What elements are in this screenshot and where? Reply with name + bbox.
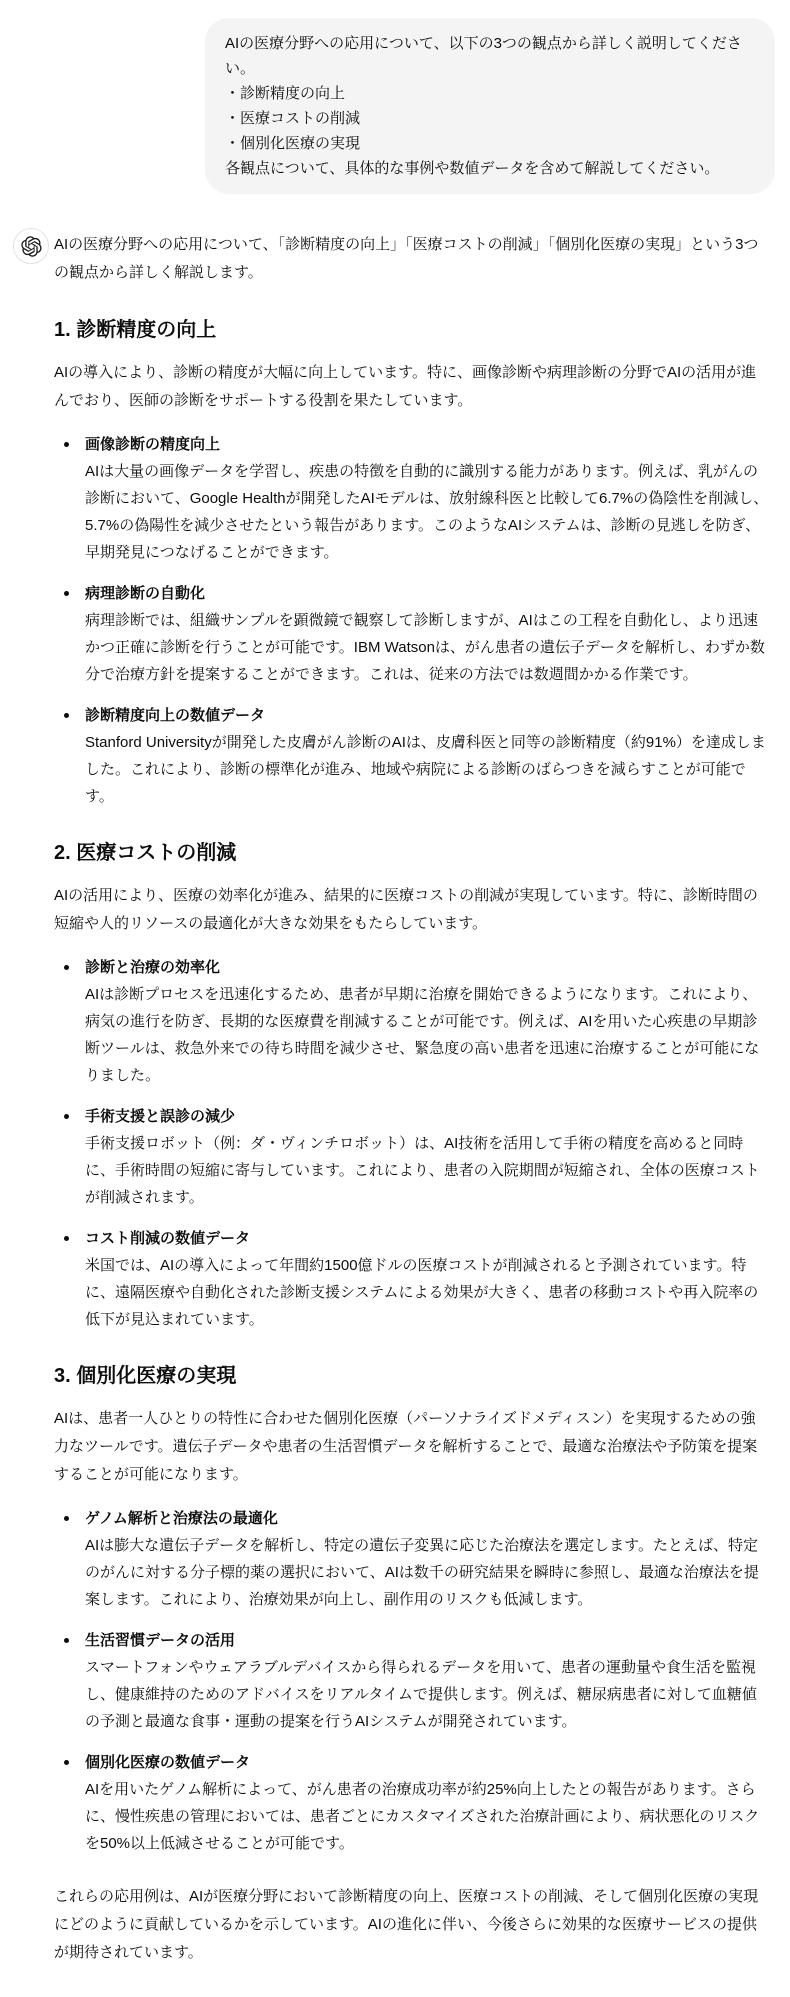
bullet-item: 手術支援と誤診の減少 手術支援ロボット（例：ダ・ヴィンチロボット）は、AI技術を…: [54, 1103, 770, 1211]
assistant-message-content: AIの医療分野への応用について、「診断精度の向上」「医療コストの削減」「個別化医…: [54, 228, 770, 1967]
bullet-title: ゲノム解析と治療法の最適化: [85, 1505, 770, 1532]
bullet-item: コスト削減の数値データ 米国では、AIの導入によって年間約1500億ドルの医療コ…: [54, 1225, 770, 1333]
bullet-item: 個別化医療の数値データ AIを用いたゲノム解析によって、がん患者の治療成功率が約…: [54, 1749, 770, 1857]
section-bullet-list: 診断と治療の効率化 AIは診断プロセスを迅速化するため、患者が早期に治療を開始で…: [54, 954, 770, 1333]
section-bullet-list: 画像診断の精度向上 AIは大量の画像データを学習し、疾患の特徴を自動的に識別する…: [54, 431, 770, 810]
section-intro: AIは、患者一人ひとりの特性に合わせた個別化医療（パーソナライズドメディスン）を…: [54, 1405, 770, 1489]
bullet-body: 米国では、AIの導入によって年間約1500億ドルの医療コストが削減されると予測さ…: [85, 1252, 770, 1333]
bullet-item: 病理診断の自動化 病理診断では、組織サンプルを顕微鏡で観察して診断しますが、AI…: [54, 580, 770, 688]
section-heading-diagnostic-accuracy: 1. 診断精度の向上: [54, 317, 770, 343]
section-intro: AIの活用により、医療の効率化が進み、結果的に医療コストの削減が実現しています。…: [54, 882, 770, 938]
bullet-title: 診断と治療の効率化: [85, 954, 770, 981]
bullet-body: 手術支援ロボット（例：ダ・ヴィンチロボット）は、AI技術を活用して手術の精度を高…: [85, 1130, 770, 1211]
bullet-title: 生活習慣データの活用: [85, 1627, 770, 1654]
bullet-item: 画像診断の精度向上 AIは大量の画像データを学習し、疾患の特徴を自動的に識別する…: [54, 431, 770, 566]
assistant-message-row: AIの医療分野への応用について、「診断精度の向上」「医療コストの削減」「個別化医…: [0, 194, 790, 1997]
user-message-row: AIの医療分野への応用について、以下の3つの観点から詳しく説明してください。 ・…: [0, 0, 790, 194]
section-heading-personalized-medicine: 3. 個別化医療の実現: [54, 1363, 770, 1389]
bullet-body: 病理診断では、組織サンプルを顕微鏡で観察して診断しますが、AIはこの工程を自動化…: [85, 607, 770, 688]
bullet-title: 診断精度向上の数値データ: [85, 702, 770, 729]
openai-logo-icon: [21, 236, 42, 257]
section-intro: AIの導入により、診断の精度が大幅に向上しています。特に、画像診断や病理診断の分…: [54, 359, 770, 415]
bullet-title: 個別化医療の数値データ: [85, 1749, 770, 1776]
bullet-body: Stanford Universityが開発した皮膚がん診断のAIは、皮膚科医と…: [85, 729, 770, 810]
bullet-title: 病理診断の自動化: [85, 580, 770, 607]
bullet-item: 診断精度向上の数値データ Stanford Universityが開発した皮膚が…: [54, 702, 770, 810]
assistant-intro: AIの医療分野への応用について、「診断精度の向上」「医療コストの削減」「個別化医…: [54, 231, 770, 287]
bullet-item: 生活習慣データの活用 スマートフォンやウェアラブルデバイスから得られるデータを用…: [54, 1627, 770, 1735]
bullet-body: AIを用いたゲノム解析によって、がん患者の治療成功率が約25%向上したとの報告が…: [85, 1776, 770, 1857]
bullet-body: AIは大量の画像データを学習し、疾患の特徴を自動的に識別する能力があります。例え…: [85, 458, 770, 566]
assistant-outro: これらの応用例は、AIが医療分野において診断精度の向上、医療コストの削減、そして…: [54, 1883, 770, 1967]
assistant-avatar: [13, 228, 49, 264]
bullet-item: 診断と治療の効率化 AIは診断プロセスを迅速化するため、患者が早期に治療を開始で…: [54, 954, 770, 1089]
chat-page: AIの医療分野への応用について、以下の3つの観点から詳しく説明してください。 ・…: [0, 0, 790, 1997]
bullet-item: ゲノム解析と治療法の最適化 AIは膨大な遺伝子データを解析し、特定の遺伝子変異に…: [54, 1505, 770, 1613]
bullet-title: コスト削減の数値データ: [85, 1225, 770, 1252]
section-bullet-list: ゲノム解析と治療法の最適化 AIは膨大な遺伝子データを解析し、特定の遺伝子変異に…: [54, 1505, 770, 1857]
user-message-bubble: AIの医療分野への応用について、以下の3つの観点から詳しく説明してください。 ・…: [205, 18, 775, 194]
bullet-title: 画像診断の精度向上: [85, 431, 770, 458]
section-heading-cost-reduction: 2. 医療コストの削減: [54, 840, 770, 866]
bullet-body: AIは診断プロセスを迅速化するため、患者が早期に治療を開始できるようになります。…: [85, 981, 770, 1089]
bullet-body: AIは膨大な遺伝子データを解析し、特定の遺伝子変異に応じた治療法を選定します。た…: [85, 1532, 770, 1613]
bullet-title: 手術支援と誤診の減少: [85, 1103, 770, 1130]
bullet-body: スマートフォンやウェアラブルデバイスから得られるデータを用いて、患者の運動量や食…: [85, 1654, 770, 1735]
